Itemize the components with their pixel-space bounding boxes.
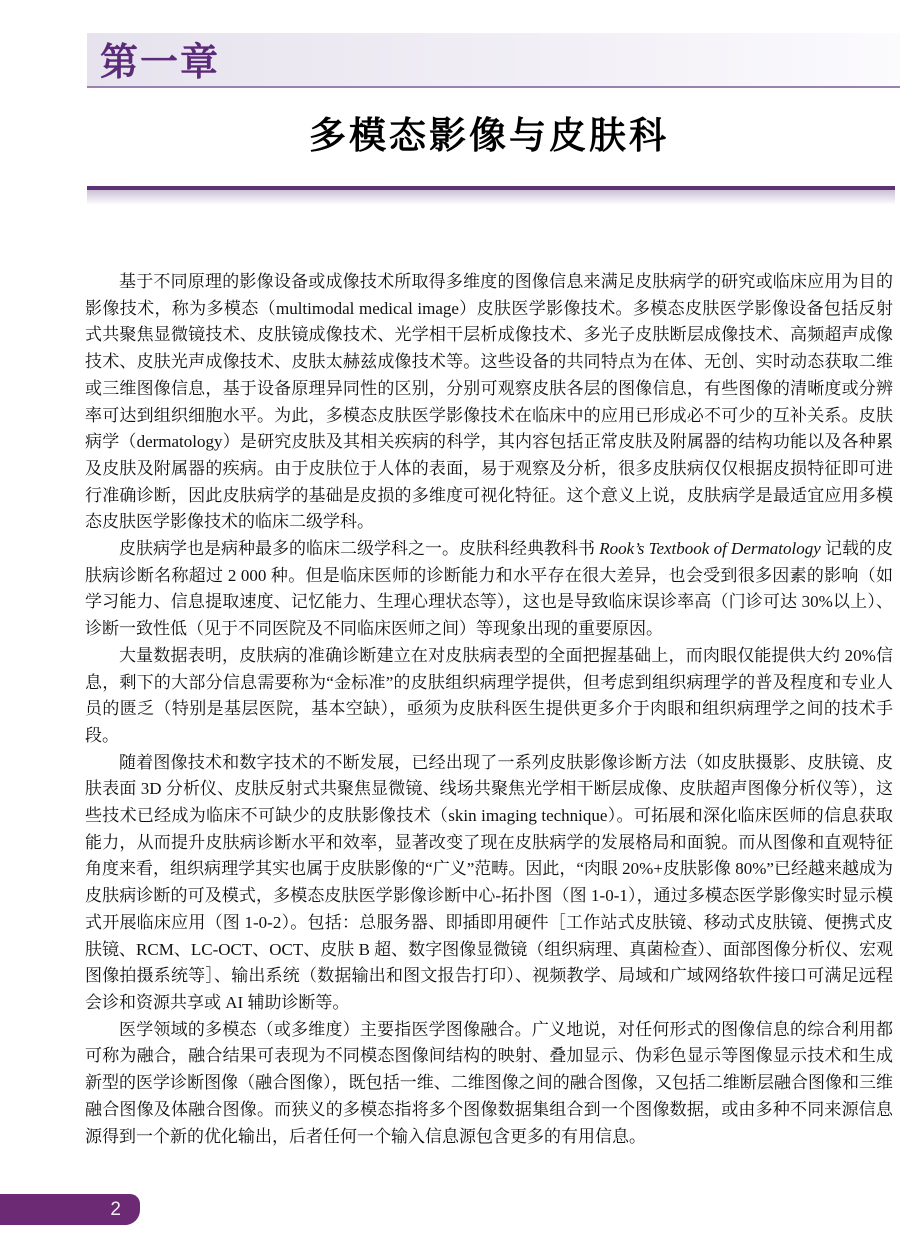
chapter-number-label: 第一章 [87, 31, 220, 88]
paragraph-1: 基于不同原理的影像设备或成像技术所取得多维度的图像信息来满足皮肤病学的研究或临床… [85, 269, 893, 536]
page-number-tab: 2 [0, 1194, 140, 1225]
paragraph-2: 皮肤病学也是病种最多的临床二级学科之一。皮肤科经典教科书 Rook’s Text… [85, 536, 893, 643]
page-number: 2 [110, 1199, 121, 1221]
chapter-header-band: 第一章 [87, 33, 900, 88]
paragraph-3: 大量数据表明，皮肤病的准确诊断建立在对皮肤病表型的全面把握基础上，而肉眼仅能提供… [85, 643, 893, 750]
paragraph-4: 随着图像技术和数字技术的不断发展，已经出现了一系列皮肤影像诊断方法（如皮肤摄影、… [85, 750, 893, 1017]
title-rule-divider [87, 186, 895, 190]
body-text-block: 基于不同原理的影像设备或成像技术所取得多维度的图像信息来满足皮肤病学的研究或临床… [85, 269, 893, 1150]
paragraph-5: 医学领域的多模态（或多维度）主要指医学图像融合。广义地说，对任何形式的图像信息的… [85, 1017, 893, 1151]
book-page: 第一章 多模态影像与皮肤科 基于不同原理的影像设备或成像技术所取得多维度的图像信… [0, 0, 900, 1260]
chapter-title: 多模态影像与皮肤科 [85, 114, 893, 160]
